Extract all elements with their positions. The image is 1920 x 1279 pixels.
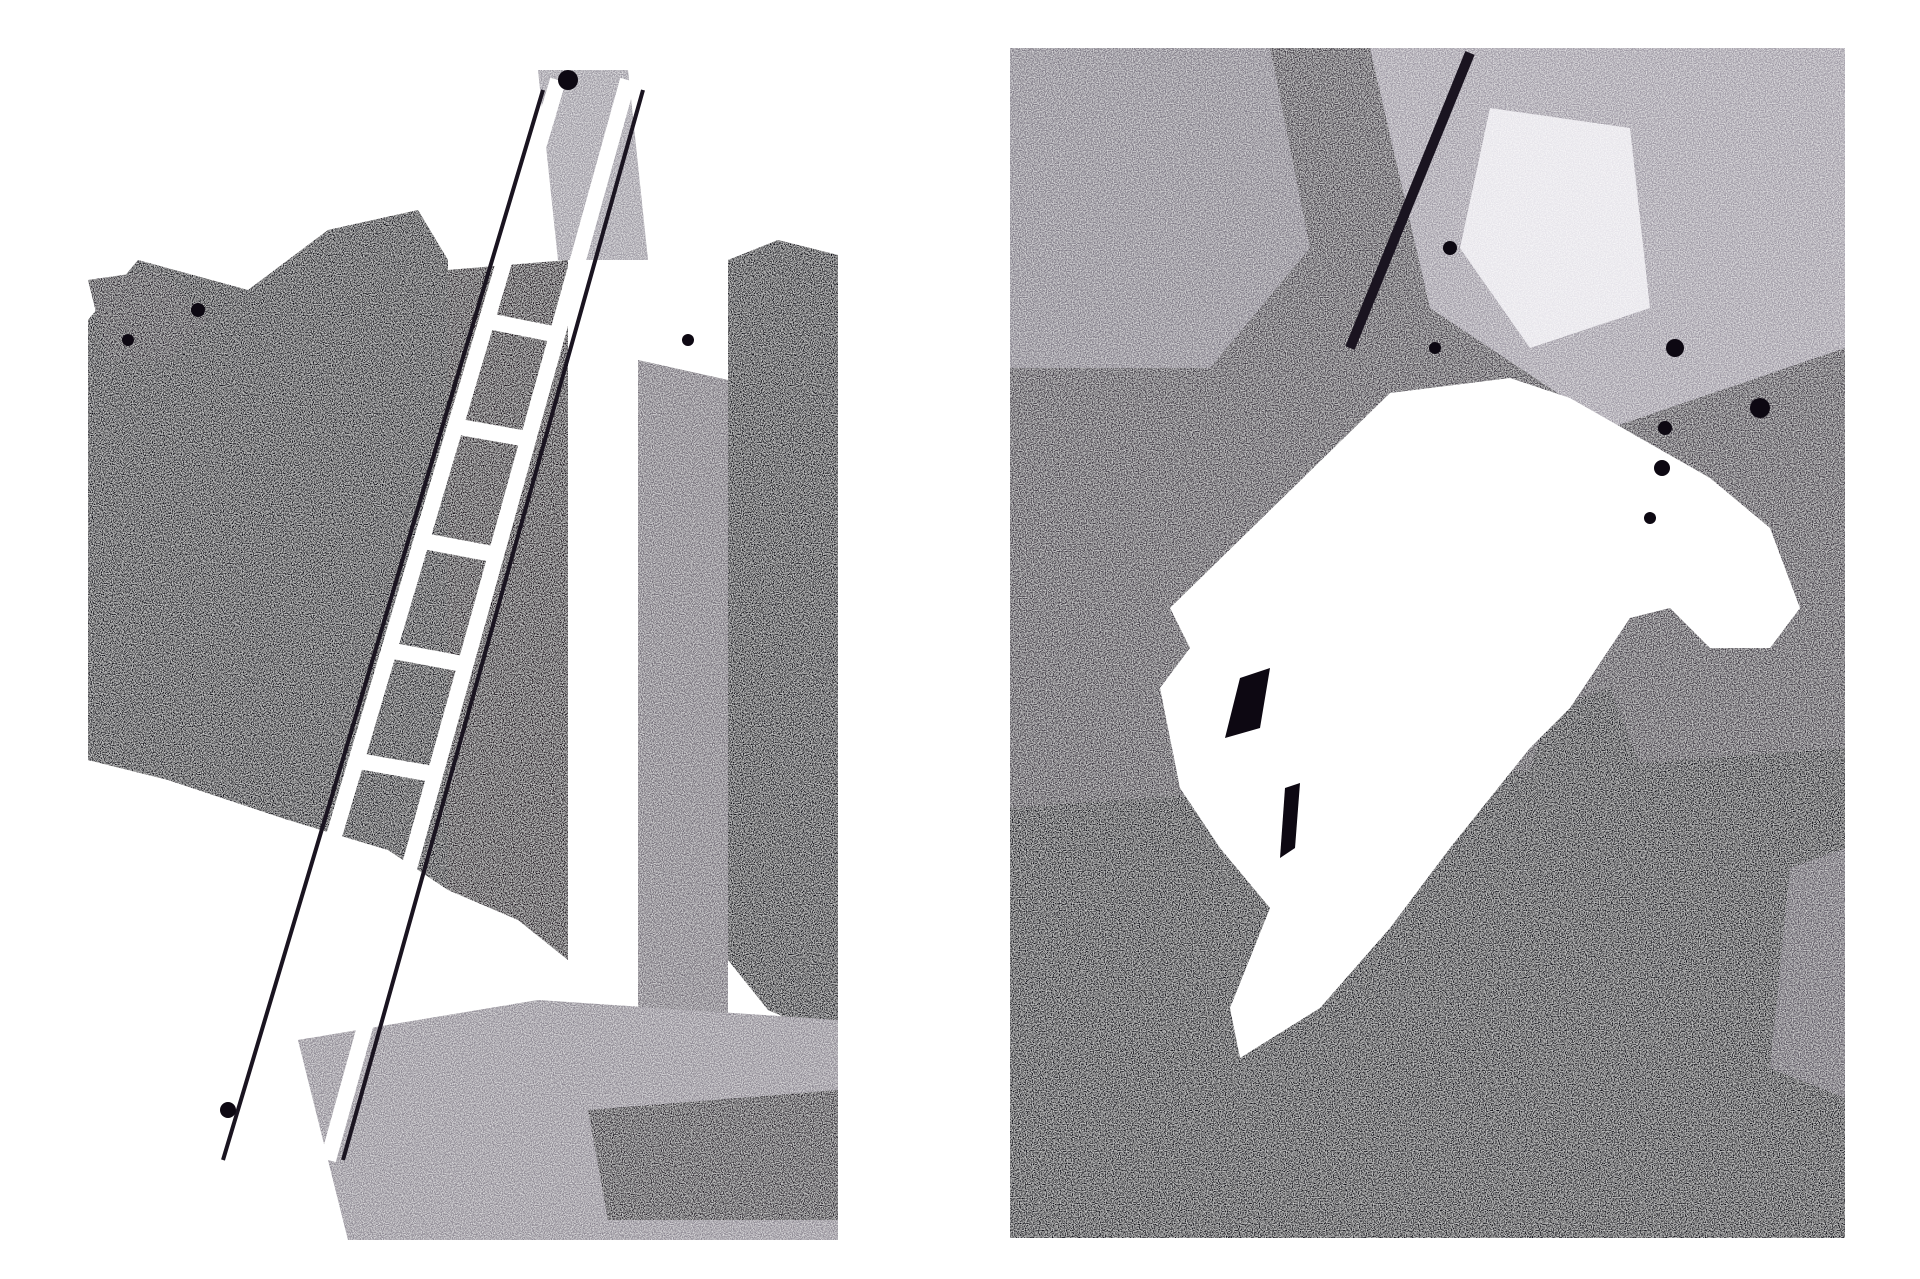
monoprint-ladder-panel (88, 60, 928, 1240)
monoprint-abstract-panel (1010, 48, 1845, 1238)
ladder-print-artwork (88, 60, 928, 1240)
abstract-print-artwork (1010, 48, 1845, 1238)
